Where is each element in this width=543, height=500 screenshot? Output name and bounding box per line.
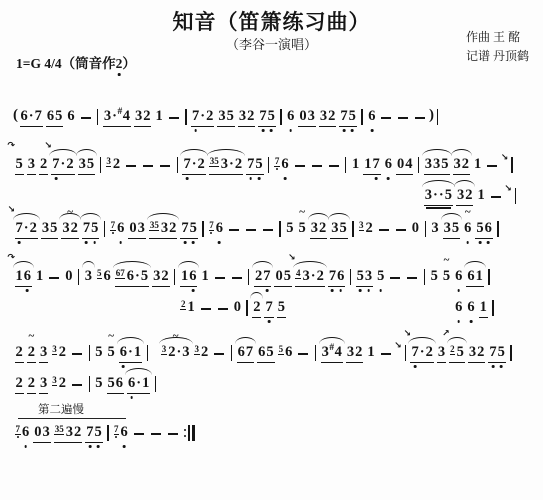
ornament-zone bbox=[356, 258, 374, 268]
note-text: 32 bbox=[51, 375, 67, 393]
low-octave-dot bbox=[249, 177, 252, 180]
note-digit: 2 bbox=[40, 156, 48, 173]
slur-arc bbox=[13, 213, 40, 220]
note-digit: 3 bbox=[218, 108, 226, 125]
note-digit: 2 bbox=[58, 344, 66, 361]
ornament-zone bbox=[15, 334, 24, 344]
slur-arc bbox=[464, 261, 486, 268]
note-token: 65 bbox=[257, 334, 275, 363]
note-digit: 0 bbox=[129, 220, 137, 237]
note-text: 1 bbox=[473, 156, 482, 174]
note-digit: 4 bbox=[122, 108, 130, 125]
duration-dash bbox=[246, 229, 256, 231]
barline bbox=[231, 345, 232, 361]
note-token: ~32·3 bbox=[161, 334, 191, 362]
note-digit: 5 bbox=[189, 220, 197, 237]
note-text: 32 bbox=[456, 187, 474, 206]
ornament-zone bbox=[278, 334, 294, 344]
ornament-zone bbox=[41, 210, 59, 220]
note-text: 6 bbox=[454, 268, 463, 286]
duration-dash bbox=[72, 353, 82, 355]
ornament-zone bbox=[209, 146, 243, 156]
note-text: 1 bbox=[351, 156, 360, 174]
note-digit: 5 bbox=[226, 108, 234, 125]
thin-bar bbox=[188, 425, 189, 441]
ending-stack: 335321↘3··5321↘ bbox=[422, 146, 519, 209]
note-token: 335 bbox=[424, 146, 450, 175]
duration-dash bbox=[381, 353, 391, 355]
transcriber-credit: 记谱 丹顶鹤 bbox=[466, 47, 529, 66]
note-digit: 2 bbox=[70, 220, 78, 237]
note-token: ~5 bbox=[442, 258, 451, 286]
ornament-zone bbox=[237, 334, 255, 344]
note-digit: 2 bbox=[247, 108, 255, 125]
parenthesis: ( bbox=[13, 107, 18, 124]
barline bbox=[497, 221, 498, 237]
note-digit: 5 bbox=[444, 187, 452, 204]
note-token: 32 bbox=[319, 98, 337, 127]
note-digit: 3 bbox=[153, 268, 161, 285]
barline bbox=[100, 157, 101, 173]
note-text: 6 bbox=[454, 299, 463, 317]
note-token: 56 bbox=[278, 334, 294, 362]
note-digit: 0 bbox=[299, 108, 307, 125]
note-digit: 6 bbox=[337, 268, 345, 285]
barline bbox=[352, 221, 353, 237]
note-digit: 5 bbox=[95, 344, 103, 361]
note-digit: 7 bbox=[265, 299, 273, 316]
duration-dash bbox=[491, 196, 501, 198]
note-text: 3 bbox=[27, 156, 36, 175]
note-text: 5 bbox=[376, 268, 385, 286]
note-text: 25 bbox=[449, 344, 465, 363]
ornament-zone bbox=[367, 98, 376, 108]
duration-dash bbox=[329, 165, 339, 167]
note-token: 75 bbox=[180, 210, 198, 239]
note-token: 75 bbox=[246, 146, 264, 175]
second-beam-line bbox=[426, 207, 451, 208]
note-digit: 7 bbox=[247, 156, 255, 173]
slide-arrow-icon: ↷ bbox=[8, 253, 16, 263]
note-digit: 5 bbox=[339, 220, 347, 237]
note-digit: 6 bbox=[67, 108, 75, 125]
barline bbox=[437, 109, 438, 125]
note-token: ~6 bbox=[463, 210, 472, 238]
note-token: 32 bbox=[310, 210, 328, 239]
duration-dash bbox=[215, 277, 225, 279]
note-digit: 3 bbox=[437, 344, 445, 361]
note-digit: 7 bbox=[328, 268, 336, 285]
slur-arc bbox=[408, 337, 435, 344]
note-text: 3 bbox=[437, 344, 446, 363]
note-digit: 2 bbox=[66, 156, 74, 173]
note-digit: 1 bbox=[15, 268, 23, 285]
note-text: 3 bbox=[39, 344, 48, 363]
note-text: 65 bbox=[46, 108, 64, 127]
note-digit: 5 bbox=[348, 108, 356, 125]
duration-dash bbox=[151, 433, 161, 435]
note-token: 61 bbox=[466, 258, 484, 287]
note-digit: 5 bbox=[95, 375, 103, 392]
note-token: ~2 bbox=[27, 334, 36, 363]
ornament-zone: ↷ bbox=[15, 258, 33, 268]
grace-note: 3 bbox=[194, 345, 200, 355]
low-octave-dot bbox=[192, 241, 195, 244]
note-text: 1 bbox=[476, 187, 485, 205]
note-token: 676·5 bbox=[115, 258, 149, 287]
ornament-zone: ~ bbox=[463, 210, 472, 220]
grace-note: 7 bbox=[110, 221, 116, 231]
note-token: 3532 bbox=[54, 414, 83, 443]
note-token: 53 bbox=[356, 258, 374, 287]
note-digit: 6 bbox=[484, 220, 492, 237]
note-digit: 2 bbox=[168, 344, 176, 361]
note-token: 21 bbox=[180, 289, 196, 317]
note-token: 32 bbox=[238, 98, 256, 127]
note-token: 2 bbox=[15, 365, 24, 394]
ornament-zone bbox=[257, 334, 275, 344]
note-digit: 2 bbox=[29, 220, 37, 237]
note-text: 75 bbox=[82, 220, 100, 239]
note-text: 56 bbox=[278, 344, 294, 362]
note-token: ~5 bbox=[297, 210, 306, 238]
note-token: 32 bbox=[134, 98, 152, 127]
ornament-zone bbox=[20, 98, 43, 108]
singer-subtitle: （李谷一演唱） bbox=[0, 34, 543, 53]
grace-note: 35 bbox=[54, 425, 64, 435]
slur-arc bbox=[308, 213, 330, 220]
key-suffix: ） bbox=[122, 56, 136, 71]
note-text: 3#4 bbox=[321, 344, 343, 363]
note-digit: 5 bbox=[497, 344, 505, 361]
note-digit: 1 bbox=[180, 268, 188, 285]
note-token: 7 bbox=[264, 289, 273, 318]
note-text: 32 bbox=[310, 220, 328, 239]
note-digit: 7 bbox=[86, 424, 94, 441]
ornament-zone bbox=[94, 365, 103, 375]
note-text: 17 bbox=[363, 156, 381, 175]
barline bbox=[492, 300, 493, 316]
ornament-zone bbox=[39, 365, 48, 375]
note-text: 3·#4 bbox=[103, 108, 131, 127]
ornament-zone bbox=[346, 334, 364, 344]
barline bbox=[155, 376, 156, 392]
barline bbox=[345, 157, 346, 173]
note-digit: 6 bbox=[115, 375, 123, 392]
note-text: 32 bbox=[51, 344, 67, 362]
note-text: 3532 bbox=[54, 424, 83, 443]
slur-arc bbox=[117, 337, 144, 344]
note-token: ↘7·2 bbox=[410, 334, 433, 363]
duration-dash bbox=[72, 384, 82, 386]
note-token: 6 bbox=[66, 98, 75, 126]
note-text: 7·2 bbox=[410, 344, 433, 363]
note-token: 04 bbox=[396, 146, 414, 175]
ornament-zone bbox=[366, 334, 375, 344]
note-text: 1 bbox=[200, 268, 209, 286]
low-octave-dot bbox=[367, 289, 370, 292]
low-octave-dot bbox=[359, 289, 362, 292]
duration-dash bbox=[49, 277, 59, 279]
note-token: ↘7·2 bbox=[51, 146, 74, 175]
note-token: 56 bbox=[96, 258, 112, 286]
note-text: 3··5 bbox=[424, 187, 453, 206]
grace-octave-dot bbox=[210, 232, 212, 234]
grace-note: 7 bbox=[15, 425, 21, 435]
low-octave-dot bbox=[262, 129, 265, 132]
key-note: 2 bbox=[116, 56, 123, 72]
note-digit: 7 bbox=[192, 108, 200, 125]
key-prefix: 1=G 4/4（筒音作 bbox=[16, 56, 116, 71]
note-digit: 2 bbox=[477, 344, 485, 361]
ornament-zone bbox=[15, 414, 31, 424]
note-text: 1 bbox=[35, 268, 44, 286]
slur-arc bbox=[422, 180, 455, 187]
grace-note: 3 bbox=[106, 157, 112, 167]
ornament-zone: ↘ bbox=[51, 146, 74, 156]
note-text: 04 bbox=[396, 156, 414, 175]
low-octave-dot bbox=[268, 320, 271, 323]
note-text: 75 bbox=[339, 108, 357, 127]
note-digit: 6 bbox=[281, 156, 289, 173]
note-digit: 6 bbox=[237, 344, 245, 361]
slur-arc bbox=[252, 261, 274, 268]
duration-dash bbox=[298, 353, 308, 355]
ornament-zone bbox=[27, 146, 36, 156]
ornament-zone bbox=[134, 98, 152, 108]
note-text: 2 bbox=[39, 156, 48, 175]
note-token: 3··5 bbox=[424, 177, 453, 209]
note-text: 32 bbox=[152, 268, 170, 287]
note-digit: 3 bbox=[302, 268, 310, 285]
note-digit: 6 bbox=[287, 108, 295, 125]
duration-dash bbox=[201, 308, 211, 310]
low-octave-dot bbox=[351, 129, 354, 132]
barline bbox=[425, 221, 426, 237]
ornament-zone bbox=[180, 258, 198, 268]
note-digit: 5 bbox=[107, 375, 115, 392]
note-text: 5 bbox=[15, 156, 24, 175]
low-octave-dot bbox=[270, 129, 273, 132]
note-digit: 6 bbox=[189, 268, 197, 285]
low-octave-dot bbox=[24, 445, 27, 448]
ornament-zone bbox=[27, 365, 36, 375]
ornament-zone bbox=[384, 146, 393, 156]
barline bbox=[78, 269, 79, 285]
note-digit: 5 bbox=[456, 344, 464, 361]
duration-dash bbox=[381, 117, 391, 119]
note-text: 03 bbox=[33, 424, 51, 443]
note-digit: 3 bbox=[433, 156, 441, 173]
ornament-zone bbox=[430, 210, 439, 220]
barline bbox=[185, 109, 186, 125]
note-digit: 3 bbox=[78, 156, 86, 173]
note-text: 32 bbox=[468, 344, 486, 363]
notation-line: ↷1610356676·5321612705210275↘43·2765355~… bbox=[13, 258, 497, 318]
slur-arc bbox=[147, 213, 180, 220]
note-digit: 6 bbox=[455, 299, 463, 316]
duration-dash bbox=[398, 117, 408, 119]
low-octave-dot bbox=[186, 177, 189, 180]
note-digit: 6 bbox=[464, 220, 472, 237]
note-digit: 6 bbox=[368, 108, 376, 125]
note-token: 6·7 bbox=[20, 98, 43, 127]
ornament-zone bbox=[51, 334, 67, 344]
duration-dash bbox=[487, 165, 497, 167]
note-digit: 2 bbox=[206, 108, 214, 125]
ornament-zone bbox=[319, 98, 337, 108]
note-digit: 3 bbox=[40, 375, 48, 392]
slur-arc bbox=[207, 149, 245, 156]
grace-note: 3 bbox=[52, 345, 58, 355]
note-digit: 5 bbox=[286, 220, 294, 237]
note-token: ↘43·2 bbox=[295, 258, 325, 287]
note-digit: 5 bbox=[50, 220, 58, 237]
note-digit: 6 bbox=[119, 344, 127, 361]
note-text: 2 bbox=[27, 344, 36, 363]
note-digit: 3 bbox=[137, 220, 145, 237]
note-text: 43·2 bbox=[295, 268, 325, 287]
note-text: 05 bbox=[274, 268, 292, 287]
ornament-zone bbox=[328, 258, 346, 268]
note-digit: 5 bbox=[283, 268, 291, 285]
ornament-zone bbox=[310, 210, 328, 220]
note-digit: 3 bbox=[456, 187, 464, 204]
note-text: 6·1 bbox=[119, 344, 142, 363]
note-token: 32 bbox=[358, 210, 374, 238]
note-digit: 7 bbox=[245, 344, 253, 361]
note-digit: 1 bbox=[475, 268, 483, 285]
ending-stack-row: 210275 bbox=[178, 289, 287, 318]
note-text: 75 bbox=[180, 220, 198, 239]
duration-dash bbox=[263, 229, 273, 231]
grace-note: 3 bbox=[359, 221, 365, 231]
note-digit: 3 bbox=[331, 220, 339, 237]
ornament-zone bbox=[285, 210, 294, 220]
note-text: 0 bbox=[64, 268, 73, 286]
barline bbox=[405, 345, 406, 361]
note-digit: 7 bbox=[15, 220, 23, 237]
note-digit: 3 bbox=[65, 424, 73, 441]
note-token: 32 bbox=[453, 146, 471, 175]
note-digit: 6 bbox=[467, 268, 475, 285]
grace-note: 5 bbox=[278, 345, 284, 355]
note-digit: 3 bbox=[319, 108, 327, 125]
note-token: 6 bbox=[466, 289, 475, 317]
low-octave-dot bbox=[123, 445, 126, 448]
note-digit: 2 bbox=[201, 344, 209, 361]
grace-octave-dot bbox=[17, 436, 19, 438]
ornament-zone bbox=[286, 98, 295, 108]
note-text: 3 bbox=[39, 375, 48, 394]
ornament-zone bbox=[78, 146, 96, 156]
note-token: 56 bbox=[107, 365, 125, 394]
note-digit: 7 bbox=[411, 344, 419, 361]
ending-stack-row: 2~23325~56·1 bbox=[13, 334, 151, 363]
note-text: 6 bbox=[466, 299, 475, 317]
low-octave-dot bbox=[457, 320, 460, 323]
ornament-zone: ~ bbox=[107, 334, 116, 344]
note-digit: 3 bbox=[468, 344, 476, 361]
ornament-zone bbox=[46, 98, 64, 108]
barline bbox=[511, 157, 512, 173]
note-token: ↷5 bbox=[15, 146, 24, 175]
note-token: 03 bbox=[128, 210, 146, 239]
note-digit: 4 bbox=[334, 344, 342, 361]
note-digit: 1 bbox=[474, 156, 482, 173]
note-text: 7·2 bbox=[182, 156, 205, 175]
note-text: 5 bbox=[297, 220, 306, 238]
note-text: 16 bbox=[15, 268, 33, 287]
note-token: 32 bbox=[152, 258, 170, 287]
note-token: 3532 bbox=[149, 210, 178, 239]
ending-stack-row: 661 bbox=[453, 258, 493, 287]
ornament-zone bbox=[277, 289, 286, 299]
note-digit: 5 bbox=[451, 220, 459, 237]
note-text: 32 bbox=[453, 156, 471, 175]
note-text: 6 bbox=[286, 108, 295, 126]
low-octave-dot bbox=[97, 445, 100, 448]
barline bbox=[279, 221, 280, 237]
slur-arc bbox=[49, 149, 76, 156]
ornament-zone bbox=[351, 146, 360, 156]
slur-arc bbox=[293, 261, 327, 268]
note-text: 676·5 bbox=[115, 268, 149, 287]
note-digit: 5 bbox=[441, 156, 449, 173]
ornament-zone bbox=[194, 334, 210, 344]
trill-mark: ~ bbox=[67, 206, 73, 218]
note-digit: 2 bbox=[27, 375, 35, 392]
ornament-zone bbox=[479, 289, 488, 299]
ornament-zone: ↘ bbox=[15, 210, 38, 220]
low-octave-dot bbox=[55, 177, 58, 180]
slur-arc bbox=[451, 149, 473, 156]
note-digit: 0 bbox=[411, 220, 419, 237]
ornament-zone bbox=[115, 258, 149, 268]
barline bbox=[488, 269, 489, 285]
ornament-zone bbox=[298, 98, 316, 108]
note-token: 0 bbox=[233, 289, 242, 317]
note-digit: 3 bbox=[424, 187, 432, 204]
note-text: 3 bbox=[430, 220, 439, 238]
barline bbox=[89, 345, 90, 361]
note-text: 7·2 bbox=[191, 108, 214, 127]
low-octave-dot bbox=[371, 129, 374, 132]
low-octave-dot bbox=[343, 129, 346, 132]
note-token: 5 bbox=[376, 258, 385, 286]
note-token: 35 bbox=[41, 210, 59, 239]
note-text: 2 bbox=[15, 344, 24, 363]
note-digit: 1 bbox=[364, 156, 372, 173]
note-text: 27 bbox=[254, 268, 272, 287]
note-digit: 0 bbox=[396, 156, 404, 173]
note-text: 32 bbox=[134, 108, 152, 127]
key-signature: 1=G 4/4（筒音作2） bbox=[16, 52, 136, 72]
ornament-zone bbox=[238, 98, 256, 108]
note-digit: 3 bbox=[27, 156, 35, 173]
repeat-dot bbox=[184, 435, 186, 437]
note-text: 6 bbox=[384, 156, 393, 174]
ornament-zone bbox=[258, 98, 276, 108]
barline bbox=[104, 221, 105, 237]
note-digit: 1 bbox=[187, 299, 195, 316]
ornament-zone bbox=[466, 258, 484, 268]
note-digit: 1 bbox=[477, 187, 485, 204]
note-digit: 2 bbox=[58, 375, 66, 392]
note-digit: 3 bbox=[41, 220, 49, 237]
note-token: 0 bbox=[64, 258, 73, 286]
note-text: 35 bbox=[443, 220, 461, 239]
